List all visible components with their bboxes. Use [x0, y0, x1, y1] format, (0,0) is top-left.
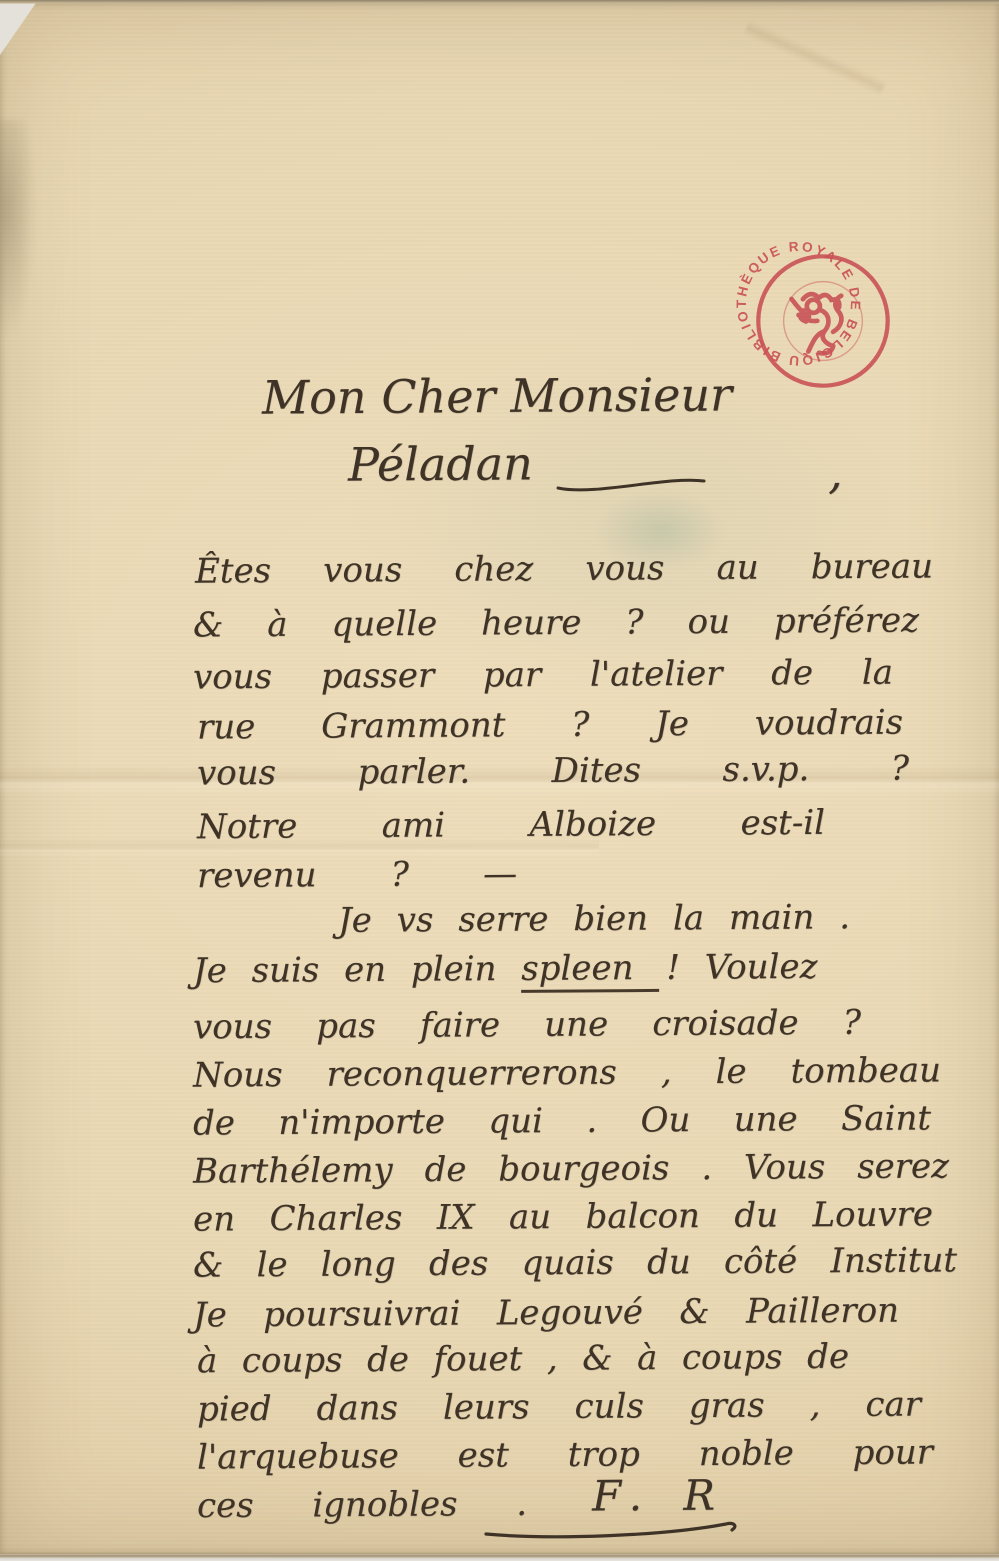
signature: F. R	[592, 1472, 729, 1521]
handwritten-line: à coups de fouet , & à coups de	[197, 1338, 849, 1382]
handwritten-line-spleen: Je suis en plein spleen ! Voulez	[193, 948, 818, 991]
scan-edge-top	[0, 0, 999, 4]
handwritten-line: Barthélemy de bourgeois . Vous serez	[193, 1147, 949, 1191]
spleen-post: ! Voulez	[666, 947, 817, 988]
handwritten-line: Nous reconquerrerons , le tombeau	[193, 1051, 941, 1095]
handwritten-line: vous parler. Dites s.v.p. ?	[197, 750, 909, 794]
library-stamp: BIBLIOTHÈQUE ROYALE DE BELGIQUE •	[738, 236, 907, 405]
handwritten-line: l'arquebuse est trop noble pour	[197, 1433, 933, 1477]
handwritten-line: vous pas faire une croisade ?	[193, 1004, 861, 1048]
handwritten-line: Je poursuivrai Legouvé & Pailleron	[193, 1292, 899, 1336]
handwritten-line: Notre ami Alboize est-il	[197, 804, 825, 847]
handwritten-line: & à quelle heure ? ou préférez	[193, 601, 919, 645]
spleen-pre: Je suis en plein	[193, 949, 497, 991]
spleen-underlined-word: spleen	[521, 948, 660, 993]
handwritten-line: & le long des quais du côté Institut	[193, 1241, 957, 1285]
salutation-line-2: Péladan	[348, 437, 533, 491]
corner-smudge	[0, 120, 36, 340]
handwritten-line: Êtes vous chez vous au bureau	[195, 547, 933, 591]
handwritten-line: en Charles IX au balcon du Louvre	[193, 1195, 933, 1239]
scan-edge-bottom	[0, 1552, 999, 1561]
stamp-outer-ring	[750, 248, 896, 394]
handwritten-line: Je vs serre bien la main .	[338, 898, 850, 941]
handwritten-line: rue Grammont ? Je voudrais	[197, 704, 903, 748]
signature-flourish	[482, 1518, 744, 1544]
salutation-line-1: Mon Cher Monsieur	[262, 368, 732, 424]
salutation-comma: ,	[828, 446, 843, 499]
salutation-flourish	[556, 468, 708, 498]
handwritten-line: de n'importe qui . Ou une Saint	[193, 1099, 931, 1143]
handwritten-line: ces ignobles .	[197, 1485, 527, 1526]
handwritten-line: revenu ? —	[197, 855, 517, 896]
handwritten-line: pied dans leurs culs gras , car	[197, 1385, 921, 1429]
scanned-letter: BIBLIOTHÈQUE ROYALE DE BELGIQUE • Mon Ch…	[0, 0, 999, 1561]
handwritten-line: vous passer par l'atelier de la	[193, 654, 893, 698]
